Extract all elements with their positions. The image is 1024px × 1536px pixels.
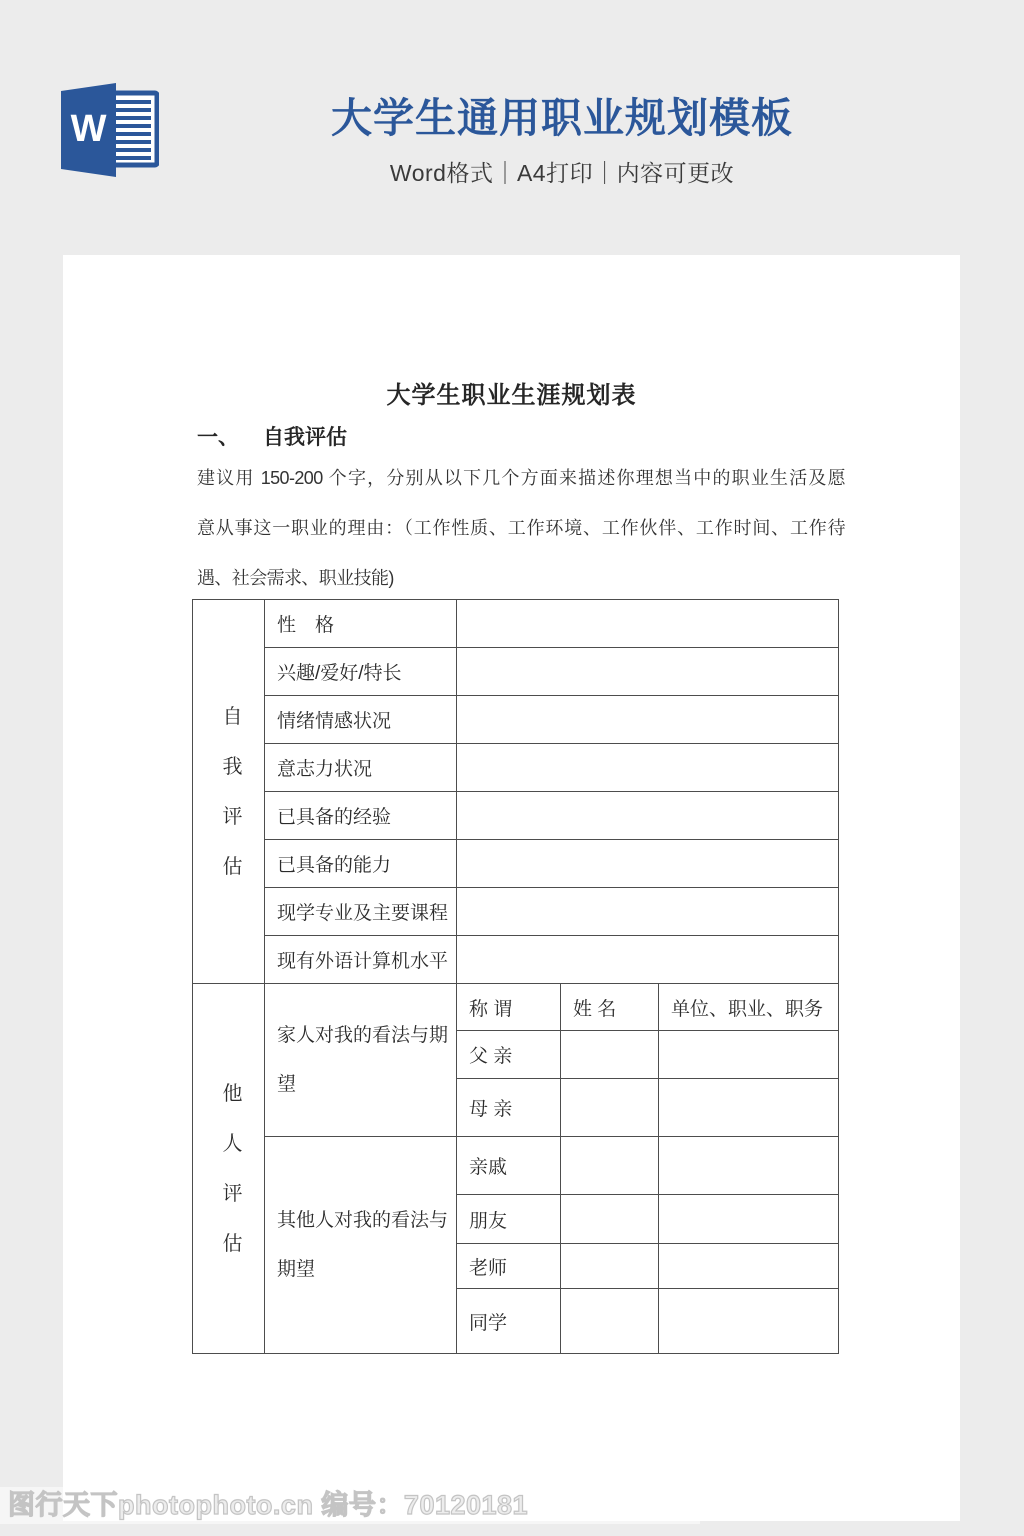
watermark-bar: 图行天下photophoto.cn 编号：70120181	[0, 1487, 700, 1524]
intro-line: 遇、社会需求、职业技能)	[197, 553, 845, 603]
table-row: 已具备的能力	[193, 840, 839, 888]
column-header: 称 谓	[457, 984, 561, 1031]
header: 大学生通用职业规划模板 Word格式｜A4打印｜内容可更改	[100, 96, 1024, 188]
table-cell-empty	[457, 600, 839, 648]
section-title: 自我评估	[263, 426, 347, 449]
table-row: 他人评估 家人对我的看法与期望 称 谓 姓 名 单位、职业、职务	[193, 984, 839, 1031]
row-label: 老师	[457, 1244, 561, 1289]
table-row: 意志力状况	[193, 744, 839, 792]
row-label: 朋友	[457, 1195, 561, 1244]
table-cell-empty	[561, 1031, 659, 1079]
template-preview: W 大学生通用职业规划模板 Word格式｜A4打印｜内容可更改 大学生职业生涯规…	[0, 0, 1024, 1536]
table-row: 自我评估 性 格	[193, 600, 839, 648]
table-row: 现学专业及主要课程	[193, 888, 839, 936]
table-cell-empty	[561, 1079, 659, 1137]
intro-paragraph: 建议用 150-200 个字，分别从以下几个方面来描述你理想当中的职业生活及愿 …	[197, 453, 845, 603]
row-label: 亲戚	[457, 1137, 561, 1195]
row-label: 已具备的经验	[265, 792, 457, 840]
row-label: 兴趣/爱好/特长	[265, 648, 457, 696]
table-cell-empty	[457, 840, 839, 888]
table-cell-empty	[561, 1195, 659, 1244]
row-label: 已具备的能力	[265, 840, 457, 888]
row-label: 意志力状况	[265, 744, 457, 792]
table-row: 已具备的经验	[193, 792, 839, 840]
row-label-others: 其他人对我的看法与期望	[265, 1137, 457, 1354]
intro-line: 建议用 150-200 个字，分别从以下几个方面来描述你理想当中的职业生活及愿	[197, 453, 845, 503]
row-label: 母 亲	[457, 1079, 561, 1137]
table-cell-empty	[457, 648, 839, 696]
document-page: 大学生职业生涯规划表 一、自我评估 建议用 150-200 个字，分别从以下几个…	[63, 255, 960, 1521]
doc-title: 大学生职业生涯规划表	[63, 375, 960, 410]
watermark-text: 图行天下photophoto.cn 编号：70120181	[8, 1487, 528, 1524]
column-header: 单位、职业、职务	[659, 984, 839, 1031]
table-cell-empty	[457, 936, 839, 984]
section-number: 一、	[197, 426, 239, 449]
table-cell-empty	[457, 696, 839, 744]
table-cell-empty	[457, 744, 839, 792]
page-subtitle: Word格式｜A4打印｜内容可更改	[100, 155, 1024, 188]
row-label: 性 格	[265, 600, 457, 648]
table-row: 其他人对我的看法与期望 亲戚	[193, 1137, 839, 1195]
table-cell-empty	[561, 1244, 659, 1289]
row-label: 情绪情感状况	[265, 696, 457, 744]
table-cell-empty	[659, 1289, 839, 1354]
table-cell-empty	[659, 1244, 839, 1289]
table-cell-empty	[561, 1289, 659, 1354]
table-cell-empty	[457, 792, 839, 840]
column-header: 姓 名	[561, 984, 659, 1031]
table-cell-empty	[659, 1137, 839, 1195]
table-cell-empty	[457, 888, 839, 936]
table-row: 现有外语计算机水平	[193, 936, 839, 984]
group-label-self-text: 自我评估	[222, 692, 244, 892]
group-label-self: 自我评估	[193, 600, 265, 984]
table-cell-empty	[561, 1137, 659, 1195]
row-label-family: 家人对我的看法与期望	[265, 984, 457, 1137]
row-label: 父 亲	[457, 1031, 561, 1079]
row-label: 现学专业及主要课程	[265, 888, 457, 936]
table-row: 情绪情感状况	[193, 696, 839, 744]
table-cell-empty	[659, 1195, 839, 1244]
section-heading: 一、自我评估	[197, 421, 347, 451]
group-label-others: 他人评估	[193, 984, 265, 1354]
row-label: 现有外语计算机水平	[265, 936, 457, 984]
table-cell-empty	[659, 1079, 839, 1137]
intro-line: 意从事这一职业的理由：（工作性质、工作环境、工作伙伴、工作时间、工作待	[197, 503, 845, 553]
page-title: 大学生通用职业规划模板	[100, 96, 1024, 141]
table-row: 兴趣/爱好/特长	[193, 648, 839, 696]
career-planning-table: 自我评估 性 格 兴趣/爱好/特长 情绪情感状况 意志力状况 已具备的经验	[192, 599, 839, 1354]
row-label: 同学	[457, 1289, 561, 1354]
table-cell-empty	[659, 1031, 839, 1079]
group-label-others-text: 他人评估	[222, 1069, 244, 1269]
